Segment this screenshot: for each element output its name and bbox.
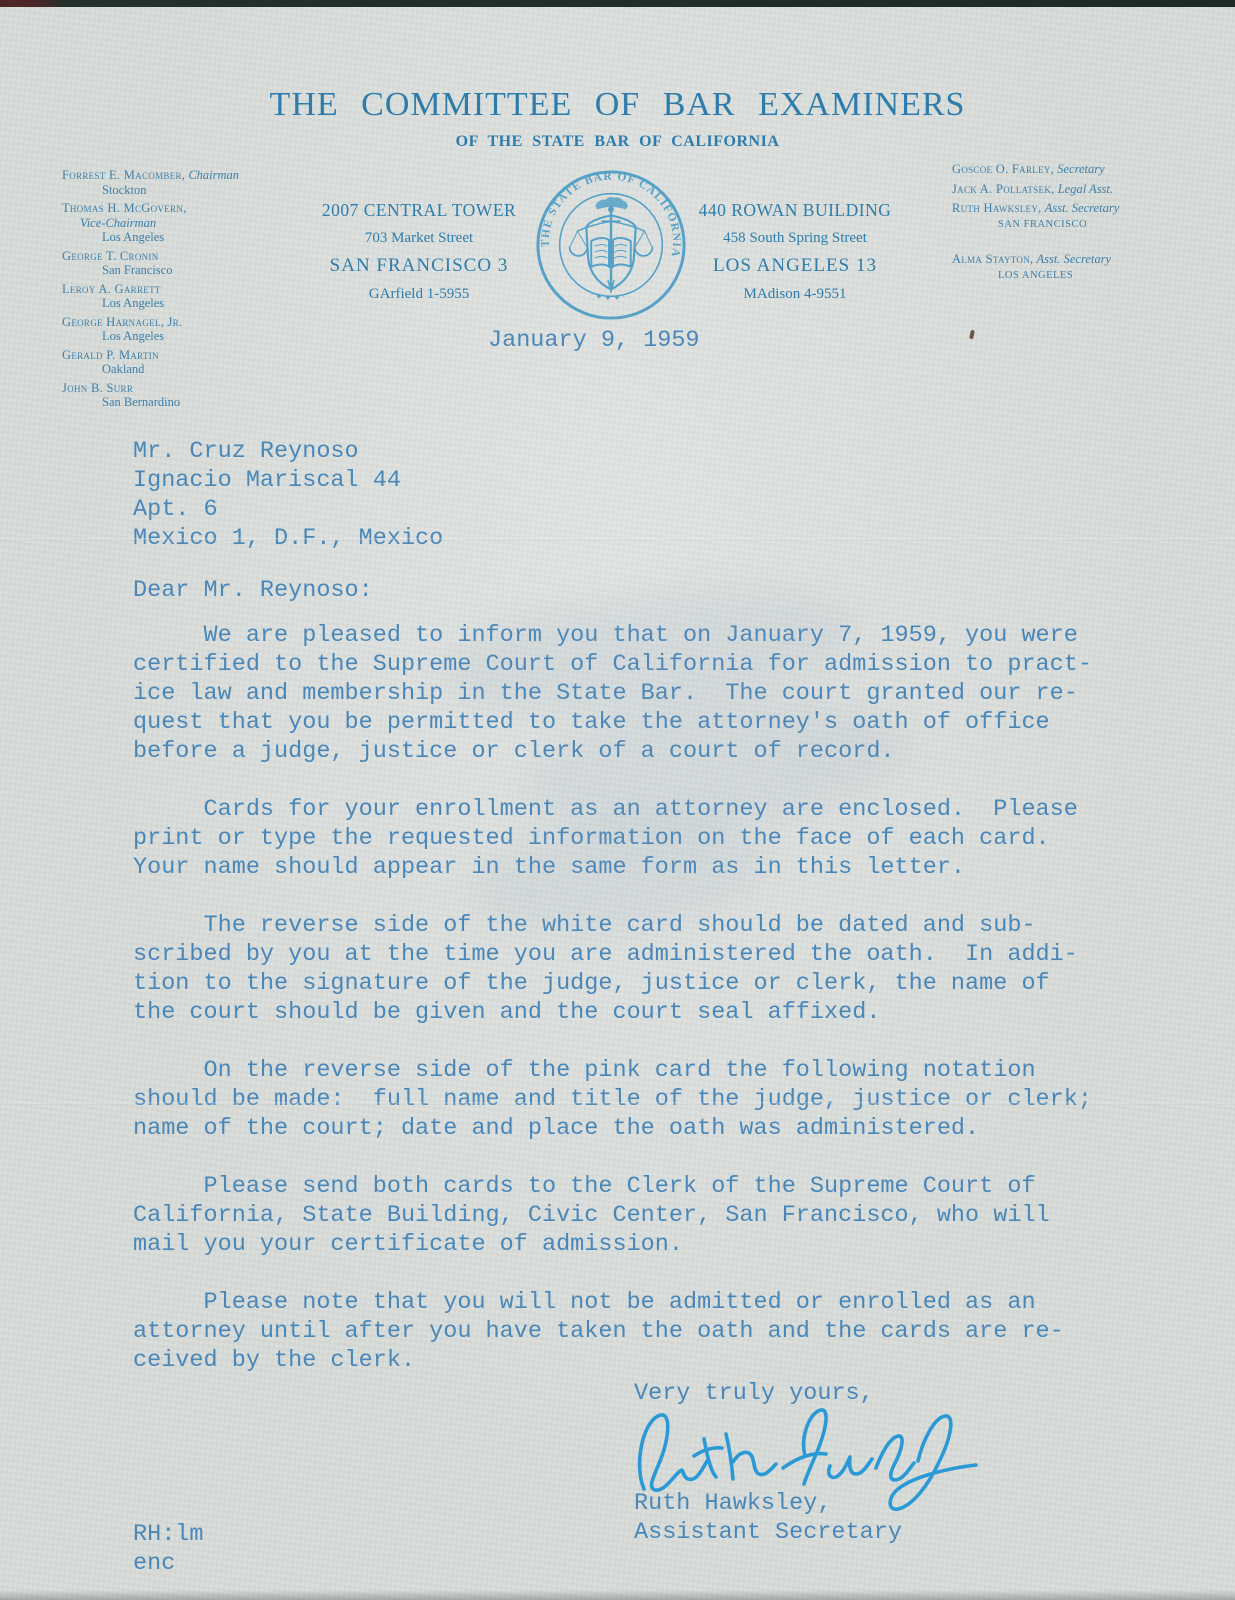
officer-entry: Forrest E. Macomber, Chairman Stockton xyxy=(62,168,302,197)
letterhead-subtitle: OF THE STATE BAR OF CALIFORNIA xyxy=(0,133,1235,151)
body-paragraph: The reverse side of the white card shoul… xyxy=(133,911,1153,1027)
officer-entry: George T. Cronin San Francisco xyxy=(62,249,302,278)
officer-name: Ruth Hawksley, xyxy=(952,201,1042,215)
body-paragraph: Please send both cards to the Clerk of t… xyxy=(133,1172,1153,1259)
committee-members-list: Forrest E. Macomber, Chairman Stockton T… xyxy=(62,168,302,414)
officer-name: Leroy A. Garrett xyxy=(62,282,161,296)
handwritten-signature xyxy=(620,1394,992,1518)
officer-title: Asst. Secretary xyxy=(1037,252,1112,266)
letterhead-title: THE COMMITTEE OF BAR EXAMINERS xyxy=(0,86,1235,124)
signer-title: Assistant Secretary xyxy=(634,1518,902,1547)
office-street: 703 Market Street xyxy=(303,224,535,252)
letter-date: January 9, 1959 xyxy=(488,326,700,355)
officer-name: Jack A. Pollatsek, xyxy=(952,182,1055,196)
recipient-address: Mr. Cruz Reynoso Ignacio Mariscal 44 Apt… xyxy=(133,437,443,553)
staff-list: Goscoe O. Farley, Secretary Jack A. Poll… xyxy=(952,162,1202,287)
officer-title: Chairman xyxy=(188,168,239,182)
officer-entry: John B. Surr San Bernardino xyxy=(62,381,302,410)
office-phone: GArfield 1-5955 xyxy=(303,280,535,308)
officer-title: Asst. Secretary xyxy=(1045,201,1120,215)
officer-city: SAN FRANCISCO xyxy=(952,217,1202,233)
officer-entry: Thomas H. McGovern, Vice-Chairman Los An… xyxy=(62,201,302,245)
office-street: 458 South Spring Street xyxy=(686,224,904,252)
officer-entry: Leroy A. Garrett Los Angeles xyxy=(62,282,302,311)
reference-initials: RH:lm xyxy=(133,1520,204,1549)
officer-name: Gerald P. Martin xyxy=(62,348,159,362)
officer-title: Secretary xyxy=(1057,162,1104,176)
officer-city: Oakland xyxy=(62,362,302,377)
officer-name: Alma Stayton, xyxy=(952,252,1033,266)
officer-city: Los Angeles xyxy=(62,329,302,344)
fold-crease xyxy=(0,1102,1235,1105)
officer-name: Forrest E. Macomber, xyxy=(62,168,185,182)
officer-city: San Bernardino xyxy=(62,395,302,410)
officer-entry: Jack A. Pollatsek, Legal Asst. xyxy=(952,182,1202,198)
officer-entry: Alma Stayton, Asst. Secretary LOS ANGELE… xyxy=(952,252,1202,283)
paper-speck xyxy=(969,330,975,340)
officer-city: LOS ANGELES xyxy=(952,268,1202,284)
officer-entry: Ruth Hawksley, Asst. Secretary SAN FRANC… xyxy=(952,201,1202,232)
officer-name: George Harnagel, Jr. xyxy=(62,315,182,329)
scan-edge xyxy=(0,0,1235,7)
office-city: SAN FRANCISCO 3 xyxy=(303,252,535,280)
office-building: 2007 CENTRAL TOWER xyxy=(303,196,535,224)
enclosure-notation: enc xyxy=(133,1549,175,1578)
san-francisco-office-address: 2007 CENTRAL TOWER 703 Market Street SAN… xyxy=(303,196,535,308)
letter-page: THE COMMITTEE OF BAR EXAMINERS OF THE ST… xyxy=(0,0,1235,1600)
seal-book-right xyxy=(613,238,631,267)
officer-city: San Francisco xyxy=(62,263,302,278)
officer-name: Goscoe O. Farley, xyxy=(952,162,1054,176)
officer-entry: Gerald P. Martin Oakland xyxy=(62,348,302,377)
svg-text:· ✦ ✦ ✦ ·: · ✦ ✦ ✦ · xyxy=(589,289,627,303)
officer-name: Thomas H. McGovern, xyxy=(62,201,187,215)
body-paragraph: Please note that you will not be admitte… xyxy=(133,1288,1153,1375)
body-paragraph: On the reverse side of the pink card the… xyxy=(133,1056,1153,1143)
office-city: LOS ANGELES 13 xyxy=(686,252,904,280)
officer-city: Los Angeles xyxy=(62,296,302,311)
state-bar-seal: THE STATE BAR OF CALIFORNIA · ✦ ✦ ✦ · xyxy=(532,166,690,324)
seal-book-left xyxy=(591,238,609,267)
officer-title: Vice-Chairman xyxy=(62,216,302,231)
salutation: Dear Mr. Reynoso: xyxy=(133,576,373,605)
fold-crease xyxy=(0,538,1235,541)
officer-city: Stockton xyxy=(62,183,302,198)
officer-entry: Goscoe O. Farley, Secretary xyxy=(952,162,1202,178)
office-building: 440 ROWAN BUILDING xyxy=(686,196,904,224)
officer-title: Legal Asst. xyxy=(1058,182,1113,196)
office-phone: MAdison 4-9551 xyxy=(686,280,904,308)
seal-ornament: · ✦ ✦ ✦ · xyxy=(589,289,627,303)
officer-name: John B. Surr xyxy=(62,381,133,395)
officer-city: Los Angeles xyxy=(62,230,302,245)
los-angeles-office-address: 440 ROWAN BUILDING 458 South Spring Stre… xyxy=(686,196,904,308)
officer-name: George T. Cronin xyxy=(62,249,159,263)
officer-entry: George Harnagel, Jr. Los Angeles xyxy=(62,315,302,344)
